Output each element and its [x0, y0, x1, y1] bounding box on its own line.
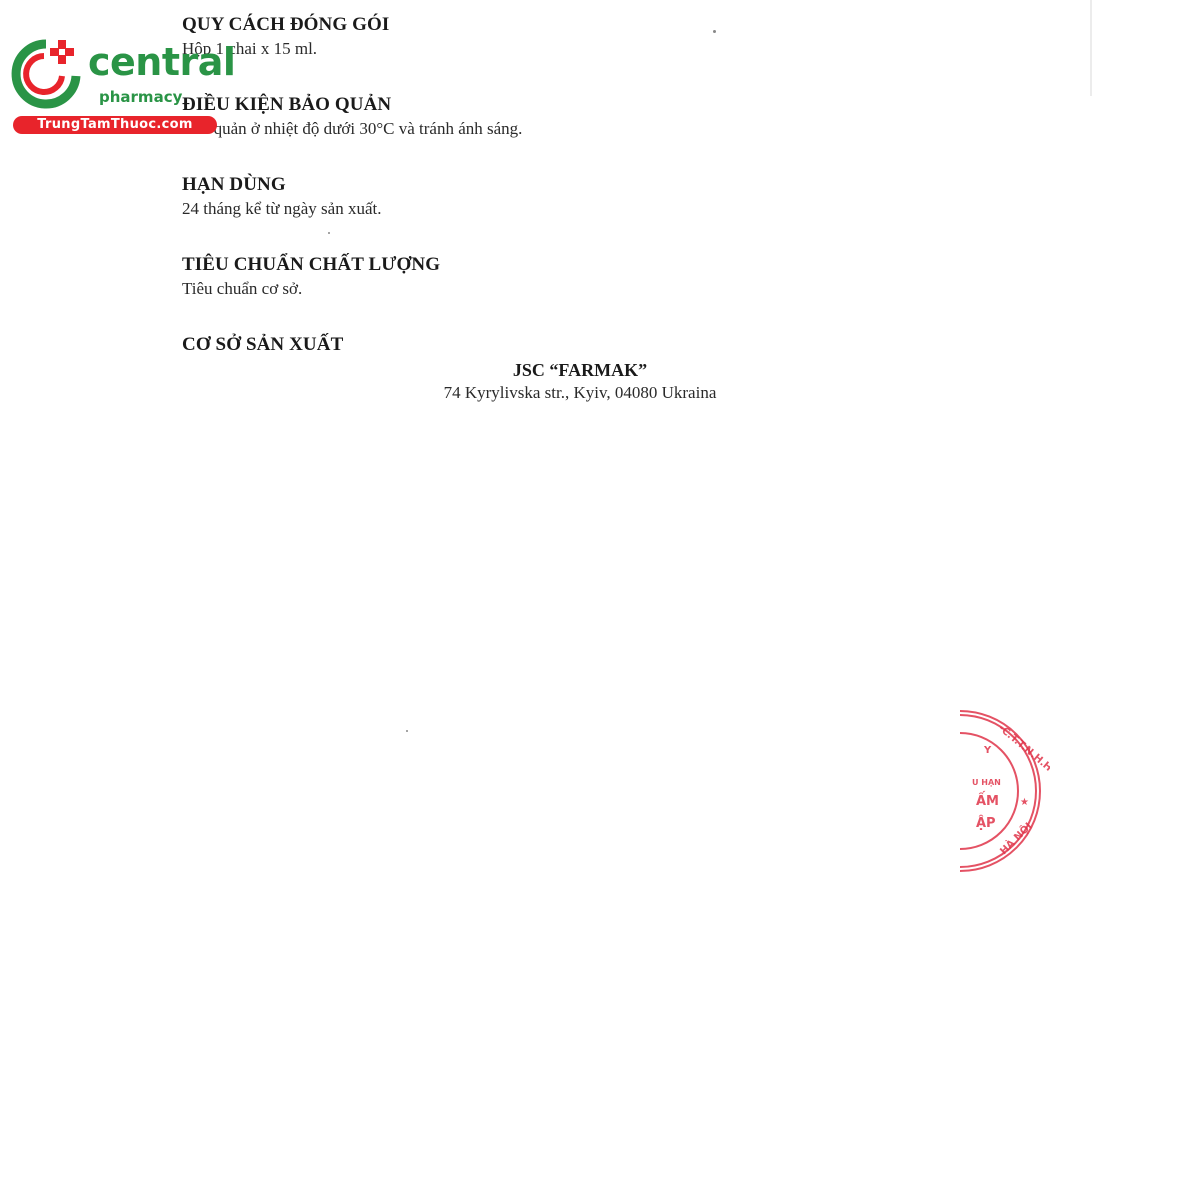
company-stamp: -C.T.T.N.H.H ★ HÀ NỘI Y U HẠN ẤM ẬP: [960, 705, 1050, 880]
scan-speck: [328, 232, 330, 234]
stamp-seal-icon: -C.T.T.N.H.H ★ HÀ NỘI Y U HẠN ẤM ẬP: [960, 705, 1050, 880]
logo-subtitle: pharmacy: [99, 88, 182, 106]
svg-text:-C.T.T.N.H.H: -C.T.T.N.H.H: [996, 723, 1050, 774]
svg-text:ẤM: ẤM: [976, 791, 999, 809]
section-storage: ĐIỀU KIỆN BẢO QUẢN Bảo quản ở nhiệt độ d…: [182, 93, 522, 141]
scan-speck: [406, 730, 408, 732]
scan-speck: [713, 30, 716, 33]
central-pharmacy-logo: central pharmacy TrungTamThuoc.com: [10, 38, 220, 138]
svg-text:Y: Y: [983, 745, 992, 756]
section-heading: ĐIỀU KIỆN BẢO QUẢN: [182, 93, 522, 117]
manufacturer-block: JSC “FARMAK” 74 Kyrylivska str., Kyiv, 0…: [380, 359, 780, 405]
svg-text:ẬP: ẬP: [976, 815, 996, 831]
svg-text:U HẠN: U HẠN: [972, 778, 1001, 787]
section-heading: HẠN DÙNG: [182, 173, 381, 197]
logo-website-badge: TrungTamThuoc.com: [13, 116, 217, 134]
svg-text:★: ★: [1020, 797, 1029, 808]
section-heading: TIÊU CHUẨN CHẤT LƯỢNG: [182, 253, 440, 277]
section-text: Tiêu chuẩn cơ sở.: [182, 277, 440, 301]
section-text: 24 tháng kể từ ngày sản xuất.: [182, 197, 381, 221]
section-heading: QUY CÁCH ĐÓNG GÓI: [182, 13, 389, 37]
section-quality-standard: TIÊU CHUẨN CHẤT LƯỢNG Tiêu chuẩn cơ sở.: [182, 253, 440, 301]
document-page: QUY CÁCH ĐÓNG GÓI Hộp 1 chai x 15 ml. ĐI…: [0, 0, 1200, 1200]
manufacturer-name: JSC “FARMAK”: [380, 359, 780, 381]
logo-brand: central: [88, 40, 235, 84]
manufacturer-address: 74 Kyrylivska str., Kyiv, 04080 Ukraina: [380, 381, 780, 405]
section-heading: CƠ SỞ SẢN XUẤT: [182, 333, 343, 357]
svg-text:HÀ NỘI: HÀ NỘI: [997, 820, 1035, 858]
section-shelf-life: HẠN DÙNG 24 tháng kể từ ngày sản xuất.: [182, 173, 381, 221]
scan-edge-line: [1090, 0, 1092, 96]
section-text: Bảo quản ở nhiệt độ dưới 30°C và tránh á…: [182, 117, 522, 141]
pharmacy-cross-logo-icon: [10, 38, 82, 110]
section-manufacturer: CƠ SỞ SẢN XUẤT: [182, 333, 343, 357]
